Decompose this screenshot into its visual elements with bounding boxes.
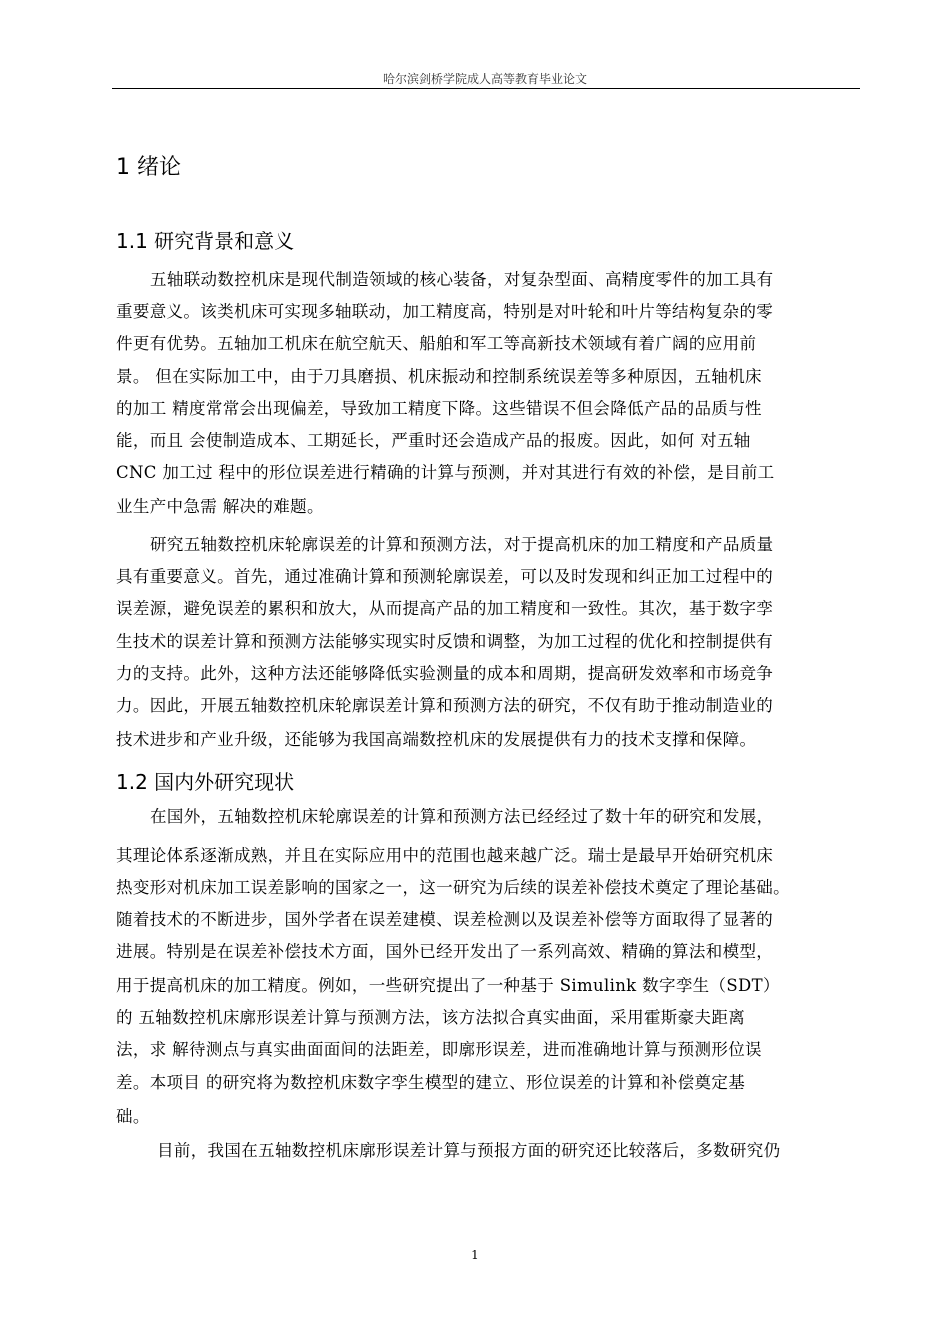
- text-line: 的加工 精度常常会出现偏差，导致加工精度下降。这些错误不但会降低产品的品质与性: [116, 399, 762, 419]
- text-line: 础。: [116, 1107, 150, 1127]
- text-line: 具有重要意义。首先，通过准确计算和预测轮廓误差，可以及时发现和纠正加工过程中的: [116, 567, 773, 587]
- text-line: 重要意义。该类机床可实现多轴联动，加工精度高，特别是对叶轮和叶片等结构复杂的零: [116, 302, 773, 322]
- text-line: 其理论体系逐渐成熟，并且在实际应用中的范围也越来越广泛。瑞士是最早开始研究机床: [116, 846, 773, 866]
- text-line: 差。本项目 的研究将为数控机床数字孪生模型的建立、形位误差的计算和补偿奠定基: [116, 1073, 745, 1093]
- text-line: 研究五轴数控机床轮廓误差的计算和预测方法，对于提高机床的加工精度和产品质量: [150, 535, 773, 555]
- text-line: 技术进步和产业升级，还能够为我国高端数控机床的发展提供有力的技术支撑和保障。: [116, 730, 756, 750]
- text-line: 进展。特别是在误差补偿技术方面，国外已经开发出了一系列高效、精确的算法和模型，: [116, 942, 773, 962]
- text-line: CNC 加工过 程中的形位误差进行精确的计算与预测，并对其进行有效的补偿，是目前…: [116, 463, 775, 483]
- text-line: 随着技术的不断进步，国外学者在误差建模、误差检测以及误差补偿等方面取得了显著的: [116, 910, 773, 930]
- text-line: 景。 但在实际加工中，由于刀具磨损、机床振动和控制系统误差等多种原因，五轴机床: [116, 367, 762, 387]
- text-line: 五轴联动数控机床是现代制造领域的核心装备，对复杂型面、高精度零件的加工具有: [150, 270, 773, 290]
- header-rule: [112, 88, 860, 89]
- text-line: 件更有优势。五轴加工机床在航空航天、船舶和军工等高新技术领域有着广阔的应用前: [116, 334, 756, 354]
- page-number: 1: [0, 1248, 950, 1262]
- chapter-title: 1 绪论: [116, 150, 181, 181]
- section-title-1-1: 1.1 研究背景和意义: [116, 225, 294, 254]
- text-line: 业生产中急需 解决的难题。: [116, 497, 324, 517]
- running-header: 哈尔滨剑桥学院成人高等教育毕业论文: [112, 70, 858, 87]
- text-line: 在国外，五轴数控机床轮廓误差的计算和预测方法已经经过了数十年的研究和发展，: [150, 807, 773, 827]
- text-line: 目前，我国在五轴数控机床廓形误差计算与预报方面的研究还比较落后，多数研究仍: [157, 1141, 780, 1161]
- text-line: 误差源，避免误差的累积和放大，从而提高产品的加工精度和一致性。其次，基于数字孪: [116, 599, 773, 619]
- text-line: 力的支持。此外，这种方法还能够降低实验测量的成本和周期，提高研发效率和市场竞争: [116, 664, 773, 684]
- text-line: 用于提高机床的加工精度。例如，一些研究提出了一种基于 Simulink 数字孪生…: [116, 976, 780, 996]
- text-line: 法，求 解待测点与真实曲面面间的法距差，即廓形误差，进而准确地计算与预测形位误: [116, 1040, 762, 1060]
- text-line: 热变形对机床加工误差影响的国家之一，这一研究为后续的误差补偿技术奠定了理论基础。: [116, 878, 790, 898]
- text-line: 力。因此，开展五轴数控机床轮廓误差计算和预测方法的研究，不仅有助于推动制造业的: [116, 696, 773, 716]
- text-line: 的 五轴数控机床廓形误差计算与预测方法，该方法拟合真实曲面，采用霍斯豪夫距离: [116, 1008, 745, 1028]
- text-line: 能，而且 会使制造成本、工期延长，严重时还会造成产品的报废。因此，如何 对五轴: [116, 431, 751, 451]
- text-line: 生技术的误差计算和预测方法能够实现实时反馈和调整，为加工过程的优化和控制提供有: [116, 632, 773, 652]
- section-title-1-2: 1.2 国内外研究现状: [116, 766, 294, 795]
